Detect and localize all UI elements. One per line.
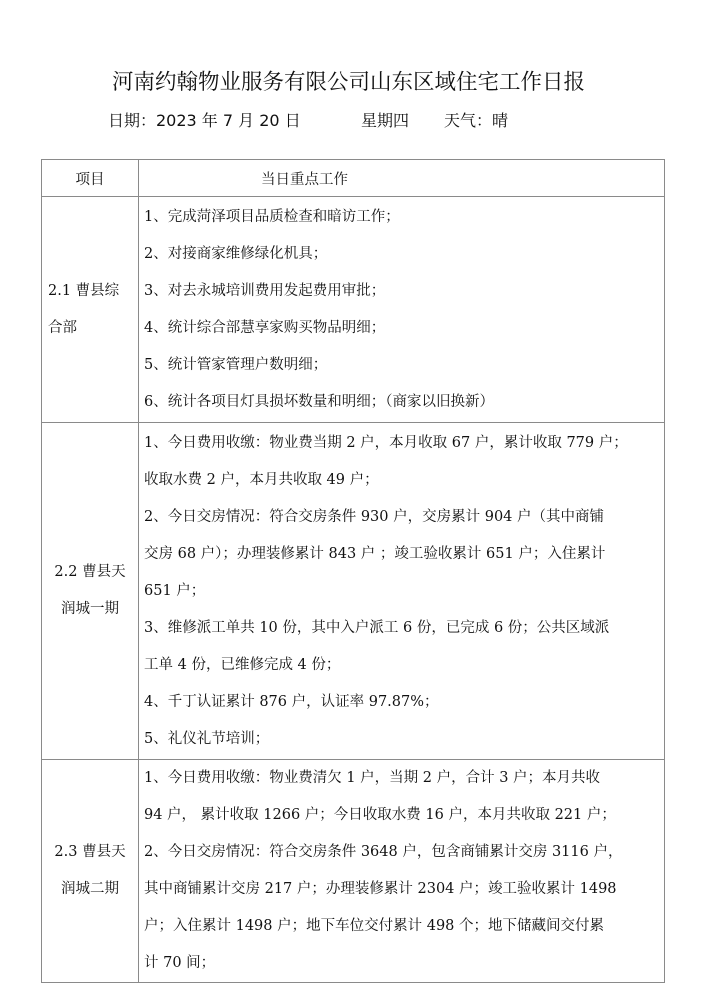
work-item: 1、完成菏泽项目品质检查和暗访工作； (144, 199, 660, 236)
work-item: 1、今日费用收缴：物业费清欠 1 户，当期 2 户，合计 3 户；本月共收 (144, 760, 660, 797)
project-name-line: 润城一期 (46, 591, 134, 628)
work-item: 5、礼仪礼节培训； (144, 721, 660, 758)
work-item: 工单 4 份，已维修完成 4 份； (144, 647, 660, 684)
table-header-row: 项目 当日重点工作 (42, 160, 665, 197)
work-item: 3、维修派工单共 10 份，其中入户派工 6 份，已完成 6 份；公共区域派 (144, 610, 660, 647)
work-item: 1、今日费用收缴：物业费当期 2 户，本月收取 67 户，累计收取 779 户； (144, 425, 660, 462)
work-cell: 1、完成菏泽项目品质检查和暗访工作； 2、对接商家维修绿化机具； 3、对去永城培… (139, 197, 665, 423)
column-header-work: 当日重点工作 (139, 160, 665, 197)
work-item: 户；入住累计 1498 户；地下车位交付累计 498 个；地下储藏间交付累 (144, 908, 660, 945)
table-row: 2.1 曹县综 合部 1、完成菏泽项目品质检查和暗访工作； 2、对接商家维修绿化… (42, 197, 665, 423)
work-item: 4、千丁认证累计 876 户，认证率 97.87%； (144, 684, 660, 721)
work-cell: 1、今日费用收缴：物业费当期 2 户，本月收取 67 户，累计收取 779 户；… (139, 423, 665, 760)
work-item: 2、对接商家维修绿化机具； (144, 236, 660, 273)
work-item: 2、今日交房情况：符合交房条件 930 户，交房累计 904 户（其中商铺 (144, 499, 660, 536)
project-cell: 2.3 曹县天 润城二期 (42, 760, 139, 983)
report-weather: 天气：晴 (444, 108, 508, 134)
project-cell: 2.2 曹县天 润城一期 (42, 423, 139, 760)
project-cell: 2.1 曹县综 合部 (42, 197, 139, 423)
work-item: 收取水费 2 户，本月共收取 49 户； (144, 462, 660, 499)
work-item: 交房 68 户）；办理装修累计 843 户 ；竣工验收累计 651 户；入住累计 (144, 536, 660, 573)
table-row: 2.2 曹县天 润城一期 1、今日费用收缴：物业费当期 2 户，本月收取 67 … (42, 423, 665, 760)
table-row: 2.3 曹县天 润城二期 1、今日费用收缴：物业费清欠 1 户，当期 2 户，合… (42, 760, 665, 983)
work-cell: 1、今日费用收缴：物业费清欠 1 户，当期 2 户，合计 3 户；本月共收 94… (139, 760, 665, 983)
report-meta-line: 日期：2023 年 7 月 20 日 星期四 天气：晴 (0, 108, 707, 134)
work-item: 2、今日交房情况：符合交房条件 3648 户，包含商铺累计交房 3116 户， (144, 834, 660, 871)
report-weekday: 星期四 (361, 108, 409, 134)
column-header-project: 项目 (42, 160, 139, 197)
work-item: 4、统计综合部慧享家购买物品明细； (144, 310, 660, 347)
project-name-line: 合部 (48, 310, 134, 347)
project-name-line: 2.1 曹县综 (48, 273, 134, 310)
work-item: 其中商铺累计交房 217 户；办理装修累计 2304 户；竣工验收累计 1498 (144, 871, 660, 908)
project-name-line: 2.3 曹县天 (46, 834, 134, 871)
work-item: 3、对去永城培训费用发起费用审批； (144, 273, 660, 310)
report-date: 日期：2023 年 7 月 20 日 (108, 108, 301, 134)
work-item: 94 户， 累计收取 1266 户；今日收取水费 16 户，本月共收取 221 … (144, 797, 660, 834)
daily-work-table: 项目 当日重点工作 2.1 曹县综 合部 1、完成菏泽项目品质检查和暗访工作； … (41, 159, 665, 983)
work-item: 5、统计管家管理户数明细； (144, 347, 660, 384)
report-title: 河南约翰物业服务有限公司山东区域住宅工作日报 (0, 68, 697, 98)
work-item: 651 户； (144, 573, 660, 610)
work-item: 6、统计各项目灯具损坏数量和明细；（商家以旧换新） (144, 384, 660, 421)
project-name-line: 2.2 曹县天 (46, 554, 134, 591)
work-item: 计 70 间； (144, 945, 660, 982)
project-name-line: 润城二期 (46, 871, 134, 908)
